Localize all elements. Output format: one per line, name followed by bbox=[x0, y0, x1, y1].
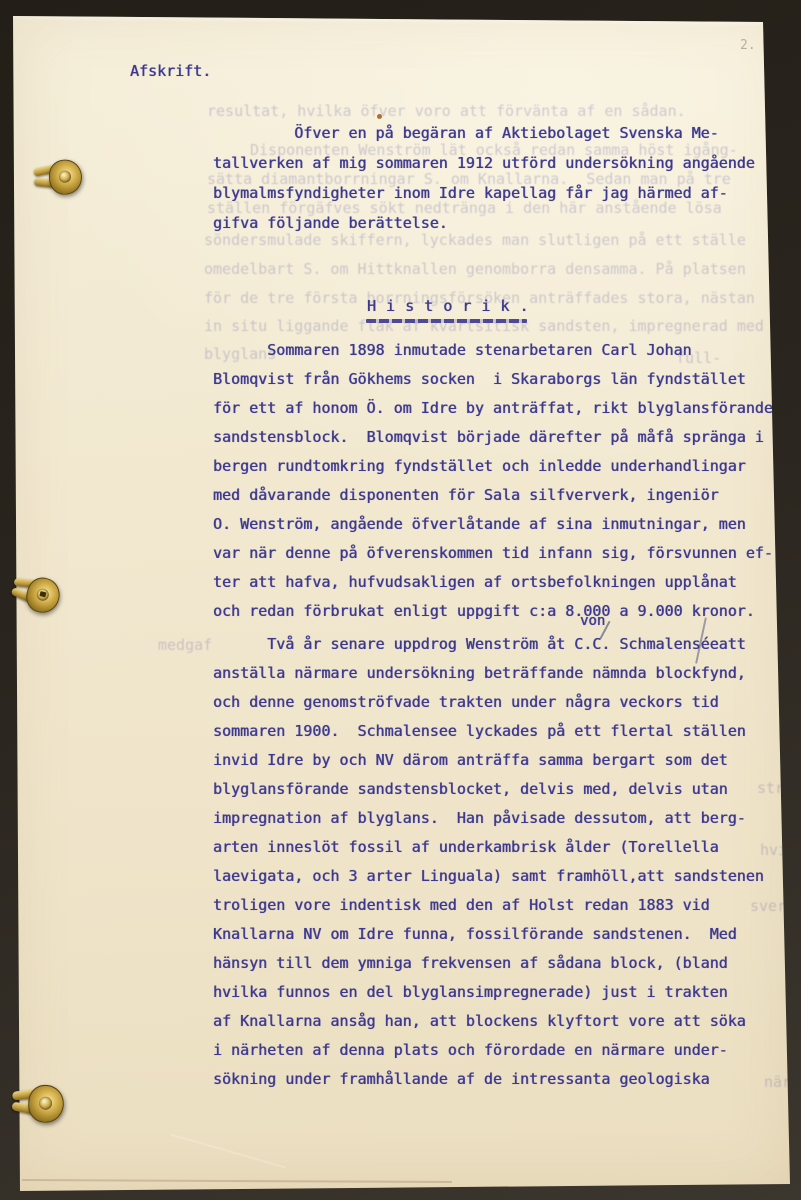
typed-insertion-word: von bbox=[580, 613, 605, 629]
ghost-fragment: medgaf bbox=[158, 636, 212, 654]
scanned-archive-photo: { "meta": { "page_label": "Afskrift.", "… bbox=[0, 0, 801, 1200]
fastener-head bbox=[28, 1084, 65, 1123]
fastener-rivet bbox=[39, 1097, 52, 1110]
paper-sheet: resultat, hvilka öfver voro att förvänta… bbox=[0, 0, 801, 1200]
section-heading: H i s t o r i k . bbox=[367, 297, 529, 315]
fastener-slot bbox=[39, 591, 46, 597]
fastener-head bbox=[48, 159, 83, 196]
fastener-rivet bbox=[59, 170, 72, 183]
document-label: Afskrift. bbox=[130, 62, 211, 80]
scratch-mark bbox=[170, 1134, 286, 1169]
ghost-fragment: när- bbox=[764, 1073, 800, 1091]
underlying-sheet-edge bbox=[22, 1179, 452, 1183]
historik-paragraph-1: Sommaren 1898 inmutade stenarbetaren Car… bbox=[213, 336, 773, 626]
paper-top-edge-highlight bbox=[13, 16, 763, 27]
brass-fastener-icon bbox=[33, 159, 83, 195]
ghost-fragment: hvil- bbox=[760, 841, 801, 859]
intro-paragraph: Öfver en på begäran af Aktiebolaget Sven… bbox=[213, 118, 755, 238]
heading-underline bbox=[366, 319, 527, 323]
ghost-line: omedelbart S. om Hittknallen genomborra … bbox=[204, 260, 746, 278]
brass-fastener-icon bbox=[11, 1084, 64, 1123]
historik-paragraph-2: Två år senare uppdrog Wenström åt C.C. S… bbox=[213, 630, 764, 1094]
page-number: 2. bbox=[740, 38, 756, 53]
